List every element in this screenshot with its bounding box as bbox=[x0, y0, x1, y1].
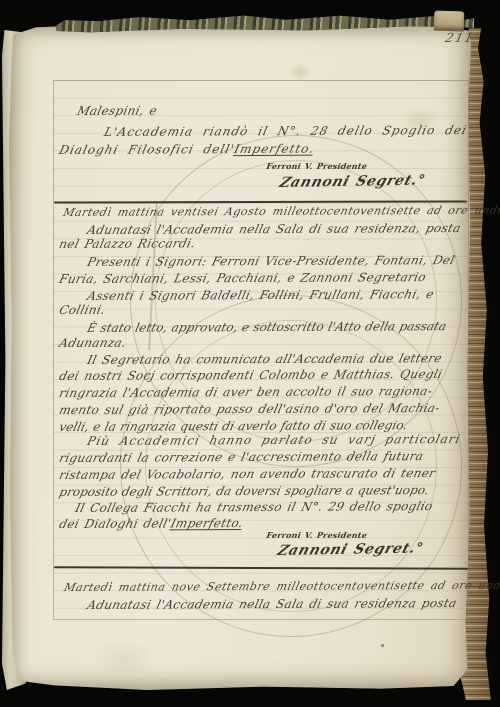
manuscript-line: L'Accademia riandò il N°. 28 dello Spogl… bbox=[103, 124, 468, 138]
manuscript-line: Più Accademici hanno parlato su varj par… bbox=[86, 433, 462, 447]
date-line: Martedì mattina nove Settembre milleotto… bbox=[63, 580, 500, 593]
manuscript-line: Assenti i Signori Baldelli, Follini, Fru… bbox=[86, 288, 435, 302]
manuscript-line: Adunatasi l'Accademia nella Sala di sua … bbox=[86, 597, 458, 611]
manuscript-line: ringrazia l'Accademia di aver ben accolt… bbox=[58, 385, 434, 399]
manuscript-line: riguardanti la correzione e l'accrescime… bbox=[58, 450, 425, 464]
manuscript-line: dei nostri Socj corrispondenti Colombo e… bbox=[58, 368, 444, 382]
manuscript-line: proposito degli Scrittori, da doversi sp… bbox=[58, 484, 430, 498]
manuscript-line: Furia, Sarchiani, Lessi, Pacchiani, e Za… bbox=[58, 271, 427, 285]
underlined-title: Imperfetto. bbox=[169, 516, 244, 530]
manuscript-scan: 211 Malespini, e L'Accademia riandò il N… bbox=[0, 0, 500, 707]
underlined-title: Imperfetto. bbox=[233, 142, 316, 156]
manuscript-line: Adunanza. bbox=[58, 337, 128, 349]
line-text: dei Dialoghi dell' bbox=[58, 516, 173, 531]
manuscript-line: Adunatasi l'Accademia nella Sala di sua … bbox=[86, 222, 462, 236]
binding-tab bbox=[434, 10, 465, 31]
countersignature: Ferroni V. Presidente bbox=[266, 162, 368, 170]
countersignature: Ferroni V. Presidente bbox=[266, 531, 368, 539]
manuscript-line: Il Segretario ha comunicato all'Accademi… bbox=[86, 352, 443, 366]
manuscript-line: Dialoghi Filosofici dell'Imperfetto. bbox=[58, 143, 316, 156]
manuscript-line: Malespini, e bbox=[76, 105, 159, 117]
manuscript-line: Il Collega Fiacchi ha trasmesso il N°. 2… bbox=[74, 500, 434, 514]
manuscript-line: nel Palazzo Riccardi. bbox=[58, 237, 197, 250]
line-text: Dialoghi Filosofici dell' bbox=[58, 142, 236, 157]
folio-number: 211 bbox=[444, 32, 475, 45]
manuscript-line: Collini. bbox=[58, 304, 107, 316]
date-line: Martedì mattina ventisei Agosto milleott… bbox=[62, 205, 500, 218]
manuscript-line: ristampa del Vocabolario, non avendo tra… bbox=[58, 467, 437, 481]
manuscript-line: velli, e la ringrazia questi di averlo f… bbox=[58, 419, 409, 433]
manuscript-line: dei Dialoghi dell'Imperfetto. bbox=[58, 517, 244, 530]
manuscript-line: mento sul già riportato passo dell'asino… bbox=[58, 402, 441, 416]
secretary-signature: Zannoni Segret.° bbox=[276, 541, 425, 558]
manuscript-line: Presenti i Signori: Ferroni Vice-Preside… bbox=[86, 254, 456, 268]
ink-speck bbox=[381, 644, 384, 647]
secretary-signature: Zannoni Segret.° bbox=[278, 173, 427, 190]
manuscript-line: È stato letto, approvato, e sottoscritto… bbox=[86, 320, 448, 334]
